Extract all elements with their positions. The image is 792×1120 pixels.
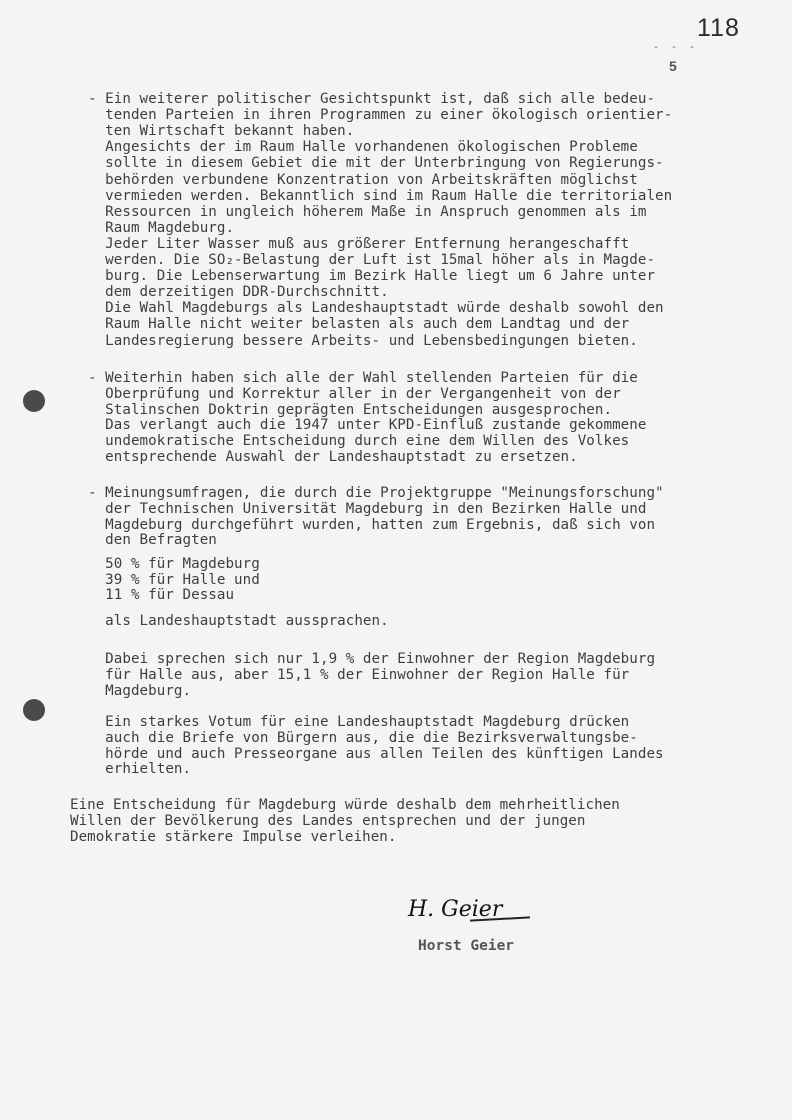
- text-line: Demokratie stärkere Impulse verleihen.: [70, 829, 396, 845]
- text-line: Oberprüfung und Korrektur aller in der V…: [88, 386, 621, 402]
- text-line: Raum Halle nicht weiter belasten als auc…: [88, 316, 629, 332]
- text-line: vermieden werden. Bekanntlich sind im Ra…: [88, 188, 672, 204]
- text-line: hörde und auch Presseorgane aus allen Te…: [88, 746, 664, 762]
- page-number: 118: [697, 14, 740, 43]
- text-line: dem derzeitigen DDR-Durchschnitt.: [88, 284, 389, 300]
- text-line: werden. Die SO₂-Belastung der Luft ist 1…: [88, 252, 655, 268]
- text-line: behörden verbundene Konzentration von Ar…: [88, 172, 638, 188]
- signer-name: Horst Geier: [418, 938, 514, 954]
- text-line: sollte in diesem Gebiet die mit der Unte…: [88, 155, 664, 171]
- text-line: Jeder Liter Wasser muß aus größerer Entf…: [88, 236, 629, 252]
- text-line: Stalinschen Doktrin geprägten Entscheidu…: [88, 402, 612, 418]
- text-line: Raum Magdeburg.: [88, 220, 234, 236]
- text-line: entsprechende Auswahl der Landeshauptsta…: [88, 449, 578, 465]
- text-line: Eine Entscheidung für Magdeburg würde de…: [70, 797, 620, 813]
- poll-result-line: 39 % für Halle und: [88, 572, 260, 588]
- text-line: Ressourcen in ungleich höherem Maße in A…: [88, 204, 646, 220]
- text-line: Die Wahl Magdeburgs als Landeshauptstadt…: [88, 300, 664, 316]
- text-line: den Befragten: [88, 532, 217, 548]
- text-line: für Halle aus, aber 15,1 % der Einwohner…: [88, 667, 629, 683]
- text-line: undemokratische Entscheidung durch eine …: [88, 433, 629, 449]
- sub-page-number: 5: [669, 58, 677, 74]
- text-line: Willen der Bevölkerung des Landes entspr…: [70, 813, 586, 829]
- text-line: Ein starkes Votum für eine Landeshauptst…: [88, 714, 629, 730]
- text-line: tenden Parteien in ihren Programmen zu e…: [88, 107, 672, 123]
- text-line: Landesregierung bessere Arbeits- und Leb…: [88, 333, 638, 349]
- punch-hole-top: [23, 390, 45, 412]
- text-line: auch die Briefe von Bürgern aus, die die…: [88, 730, 638, 746]
- page-dashes: - - -: [653, 42, 698, 53]
- text-line: Angesichts der im Raum Halle vorhandenen…: [88, 139, 638, 155]
- text-line: - Weiterhin haben sich alle der Wahl ste…: [88, 370, 638, 386]
- text-line: - Meinungsumfragen, die durch die Projek…: [88, 485, 664, 501]
- text-line: Magdeburg.: [88, 683, 191, 699]
- text-line: burg. Die Lebenserwartung im Bezirk Hall…: [88, 268, 655, 284]
- poll-result-line: 11 % für Dessau: [88, 587, 234, 603]
- text-line: Das verlangt auch die 1947 unter KPD-Ein…: [88, 417, 646, 433]
- text-line: - Ein weiterer politischer Gesichtspunkt…: [88, 91, 655, 107]
- text-line: erhielten.: [88, 761, 191, 777]
- text-line: Magdeburg durchgeführt wurden, hatten zu…: [88, 517, 655, 533]
- text-line: als Landeshauptstadt aussprachen.: [88, 613, 389, 629]
- punch-hole-bottom: [23, 699, 45, 721]
- text-line: der Technischen Universität Magdeburg in…: [88, 501, 646, 517]
- text-line: ten Wirtschaft bekannt haben.: [88, 123, 354, 139]
- poll-result-line: 50 % für Magdeburg: [88, 556, 260, 572]
- text-line: Dabei sprechen sich nur 1,9 % der Einwoh…: [88, 651, 655, 667]
